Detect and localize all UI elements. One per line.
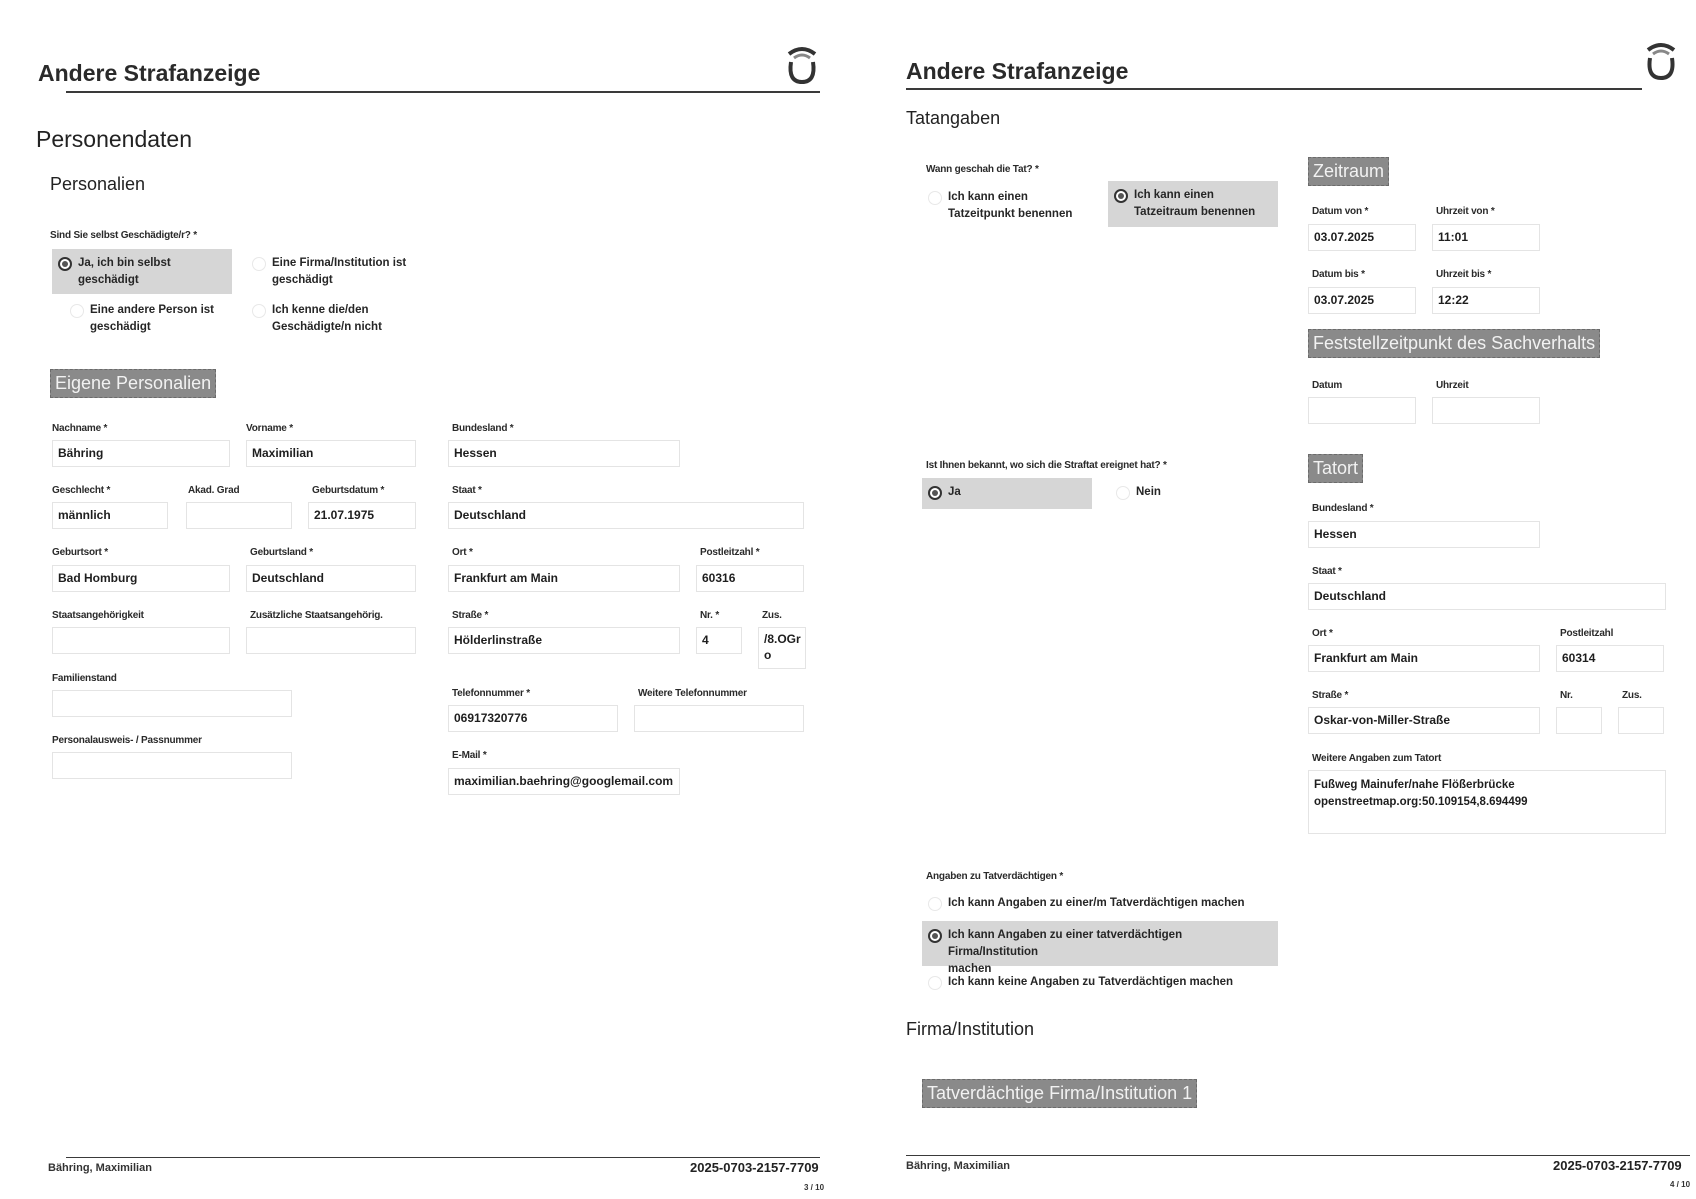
label-tatort-nr: Nr. bbox=[1560, 690, 1573, 701]
header-divider bbox=[906, 88, 1642, 90]
footer-page-number: 3 / 10 bbox=[804, 1183, 824, 1192]
input-feststell-uhrzeit[interactable] bbox=[1432, 397, 1540, 424]
radio-verdaechtige-person[interactable]: Ich kann Angaben zu einer/m Tatverdächti… bbox=[922, 889, 1292, 917]
label-telefon: Telefonnummer * bbox=[452, 688, 530, 699]
subsection-title: Personalien bbox=[50, 174, 145, 195]
input-tatort-strasse[interactable]: Oskar-von-Miller-Straße bbox=[1308, 707, 1540, 734]
band-eigene-personalien: Eigene Personalien bbox=[50, 369, 216, 398]
label-tatort-ort: Ort * bbox=[1312, 628, 1333, 639]
wann-question: Wann geschah die Tat? * bbox=[926, 164, 1039, 175]
band-feststellzeitpunkt: Feststellzeitpunkt des Sachverhalts bbox=[1308, 329, 1600, 358]
label-uhrzeit-bis: Uhrzeit bis * bbox=[1436, 269, 1491, 280]
label-datum-von: Datum von * bbox=[1312, 206, 1368, 217]
input-akad-grad[interactable] bbox=[186, 502, 292, 529]
label-uhrzeit-von: Uhrzeit von * bbox=[1436, 206, 1495, 217]
input-tatort-bundesland[interactable]: Hessen bbox=[1308, 521, 1540, 548]
input-ausweisnummer[interactable] bbox=[52, 752, 292, 779]
label-plz: Postleitzahl * bbox=[700, 547, 759, 558]
label-tatort-strasse: Straße * bbox=[1312, 690, 1348, 701]
verdaechtige-question: Angaben zu Tatverdächtigen * bbox=[926, 871, 1063, 882]
radio-selected-icon bbox=[1114, 189, 1128, 203]
radio-tatzeitraum[interactable]: Ich kann einen Tatzeitraum benennen bbox=[1108, 181, 1278, 227]
input-ort[interactable]: Frankfurt am Main bbox=[448, 565, 680, 592]
label-familienstand: Familienstand bbox=[52, 673, 117, 684]
label-feststell-datum: Datum bbox=[1312, 380, 1342, 391]
label-staatsangehoerigkeit: Staatsangehörigkeit bbox=[52, 610, 144, 621]
document-title: Andere Strafanzeige bbox=[38, 60, 260, 87]
label-tatort-zus: Zus. bbox=[1622, 690, 1642, 701]
input-telefon[interactable]: 06917320776 bbox=[448, 705, 618, 732]
footer-divider bbox=[906, 1155, 1690, 1156]
document-title: Andere Strafanzeige bbox=[906, 58, 1128, 85]
radio-tatort-nein[interactable]: Nein bbox=[1110, 478, 1230, 509]
input-staat[interactable]: Deutschland bbox=[448, 502, 804, 529]
input-nr[interactable]: 4 bbox=[696, 627, 742, 654]
band-tatort: Tatort bbox=[1308, 454, 1363, 483]
label-zus-staatsangehoerigkeit: Zusätzliche Staatsangehörig. bbox=[250, 610, 383, 621]
input-weitere-telefon[interactable] bbox=[634, 705, 804, 732]
radio-verdaechtige-keine[interactable]: Ich kann keine Angaben zu Tatverdächtige… bbox=[922, 968, 1292, 996]
radio-empty-icon bbox=[252, 257, 266, 271]
input-feststell-datum[interactable] bbox=[1308, 397, 1416, 424]
radio-firma-geschaedigt[interactable]: Eine Firma/Institution ist geschädigt bbox=[246, 249, 436, 294]
label-tatort-plz: Postleitzahl bbox=[1560, 628, 1613, 639]
page-3: Andere Strafanzeige Personendaten Person… bbox=[0, 0, 848, 1199]
input-geschlecht[interactable]: männlich bbox=[52, 502, 168, 529]
police-logo-icon bbox=[1644, 40, 1678, 80]
radio-empty-icon bbox=[70, 304, 84, 318]
input-tatort-zus[interactable] bbox=[1618, 707, 1664, 734]
band-zeitraum: Zeitraum bbox=[1308, 157, 1389, 186]
input-geburtsland[interactable]: Deutschland bbox=[246, 565, 416, 592]
label-nachname: Nachname * bbox=[52, 423, 107, 434]
label-email: E-Mail * bbox=[452, 750, 487, 761]
input-zus-staatsangehoerigkeit[interactable] bbox=[246, 627, 416, 654]
header-divider bbox=[66, 91, 820, 93]
label-vorname: Vorname * bbox=[246, 423, 293, 434]
label-tatort-weitere: Weitere Angaben zum Tatort bbox=[1312, 753, 1441, 764]
radio-empty-icon bbox=[928, 976, 942, 990]
section-title: Tatangaben bbox=[906, 108, 1000, 129]
radio-selected-icon bbox=[928, 929, 942, 943]
radio-selected-icon bbox=[928, 486, 942, 500]
input-tatort-staat[interactable]: Deutschland bbox=[1308, 583, 1666, 610]
radio-tatzeitpunkt[interactable]: Ich kann einen Tatzeitpunkt benennen bbox=[922, 183, 1092, 229]
footer-case-id: 2025-0703-2157-7709 bbox=[1553, 1158, 1682, 1173]
label-akad-grad: Akad. Grad bbox=[188, 485, 239, 496]
label-nr: Nr. * bbox=[700, 610, 719, 621]
input-tatort-nr[interactable] bbox=[1556, 707, 1602, 734]
radio-empty-icon bbox=[252, 304, 266, 318]
input-vorname[interactable]: Maximilian bbox=[246, 440, 416, 467]
footer-name: Bähring, Maximilian bbox=[906, 1160, 1010, 1172]
input-plz[interactable]: 60316 bbox=[696, 565, 804, 592]
input-strasse[interactable]: Hölderlinstraße bbox=[448, 627, 680, 654]
textarea-tatort-weitere[interactable]: Fußweg Mainufer/nahe Flößerbrücke openst… bbox=[1308, 770, 1666, 834]
input-staatsangehoerigkeit[interactable] bbox=[52, 627, 230, 654]
section-title: Personendaten bbox=[36, 126, 192, 153]
input-email[interactable]: maximilian.baehring@googlemail.com bbox=[448, 768, 680, 795]
label-bundesland: Bundesland * bbox=[452, 423, 514, 434]
label-zus: Zus. bbox=[762, 610, 782, 621]
input-geburtsdatum[interactable]: 21.07.1975 bbox=[308, 502, 416, 529]
input-datum-bis[interactable]: 03.07.2025 bbox=[1308, 287, 1416, 314]
label-staat: Staat * bbox=[452, 485, 482, 496]
radio-verdaechtige-firma[interactable]: Ich kann Angaben zu einer tatverdächtige… bbox=[922, 921, 1278, 966]
input-zus[interactable]: /8.OGr o bbox=[758, 627, 806, 669]
section-firma-title: Firma/Institution bbox=[906, 1019, 1034, 1040]
wo-question: Ist Ihnen bekannt, wo sich die Straftat … bbox=[926, 460, 1167, 471]
footer-page-number: 4 / 10 bbox=[1670, 1180, 1690, 1189]
radio-empty-icon bbox=[1116, 486, 1130, 500]
label-feststell-uhrzeit: Uhrzeit bbox=[1436, 380, 1469, 391]
geschaedigt-question: Sind Sie selbst Geschädigte/r? * bbox=[50, 230, 197, 241]
label-tatort-staat: Staat * bbox=[1312, 566, 1342, 577]
footer-divider bbox=[66, 1157, 820, 1158]
input-nachname[interactable]: Bähring bbox=[52, 440, 230, 467]
input-tatort-plz[interactable]: 60314 bbox=[1556, 645, 1664, 672]
radio-tatort-ja[interactable]: Ja bbox=[922, 478, 1092, 509]
radio-empty-icon bbox=[928, 191, 942, 205]
label-tatort-bundesland: Bundesland * bbox=[1312, 503, 1374, 514]
input-datum-von[interactable]: 03.07.2025 bbox=[1308, 224, 1416, 251]
label-geschlecht: Geschlecht * bbox=[52, 485, 110, 496]
radio-selected-icon bbox=[58, 257, 72, 271]
label-datum-bis: Datum bis * bbox=[1312, 269, 1365, 280]
input-geburtsort[interactable]: Bad Homburg bbox=[52, 565, 230, 592]
input-familienstand[interactable] bbox=[52, 690, 292, 717]
footer-name: Bähring, Maximilian bbox=[48, 1162, 152, 1174]
radio-andere-person-geschaedigt[interactable]: Eine andere Person ist geschädigt bbox=[64, 296, 244, 341]
label-geburtsort: Geburtsort * bbox=[52, 547, 108, 558]
label-geburtsdatum: Geburtsdatum * bbox=[312, 485, 384, 496]
label-ort: Ort * bbox=[452, 547, 473, 558]
footer-case-id: 2025-0703-2157-7709 bbox=[690, 1160, 819, 1175]
input-uhrzeit-von[interactable]: 11:01 bbox=[1432, 224, 1540, 251]
label-ausweisnummer: Personalausweis- / Passnummer bbox=[52, 735, 202, 746]
radio-geschaedigte-unbekannt[interactable]: Ich kenne die/den Geschädigte/n nicht bbox=[246, 296, 436, 341]
radio-empty-icon bbox=[928, 897, 942, 911]
input-uhrzeit-bis[interactable]: 12:22 bbox=[1432, 287, 1540, 314]
label-weitere-telefon: Weitere Telefonnummer bbox=[638, 688, 747, 699]
input-tatort-ort[interactable]: Frankfurt am Main bbox=[1308, 645, 1540, 672]
police-logo-icon bbox=[785, 44, 819, 84]
label-strasse: Straße * bbox=[452, 610, 488, 621]
label-geburtsland: Geburtsland * bbox=[250, 547, 313, 558]
input-bundesland[interactable]: Hessen bbox=[448, 440, 680, 467]
band-tatverdaechtige-firma: Tatverdächtige Firma/Institution 1 bbox=[922, 1079, 1197, 1108]
page-4: Andere Strafanzeige Tatangaben Wann gesc… bbox=[848, 0, 1696, 1199]
radio-selbst-geschaedigt[interactable]: Ja, ich bin selbst geschädigt bbox=[52, 249, 232, 294]
